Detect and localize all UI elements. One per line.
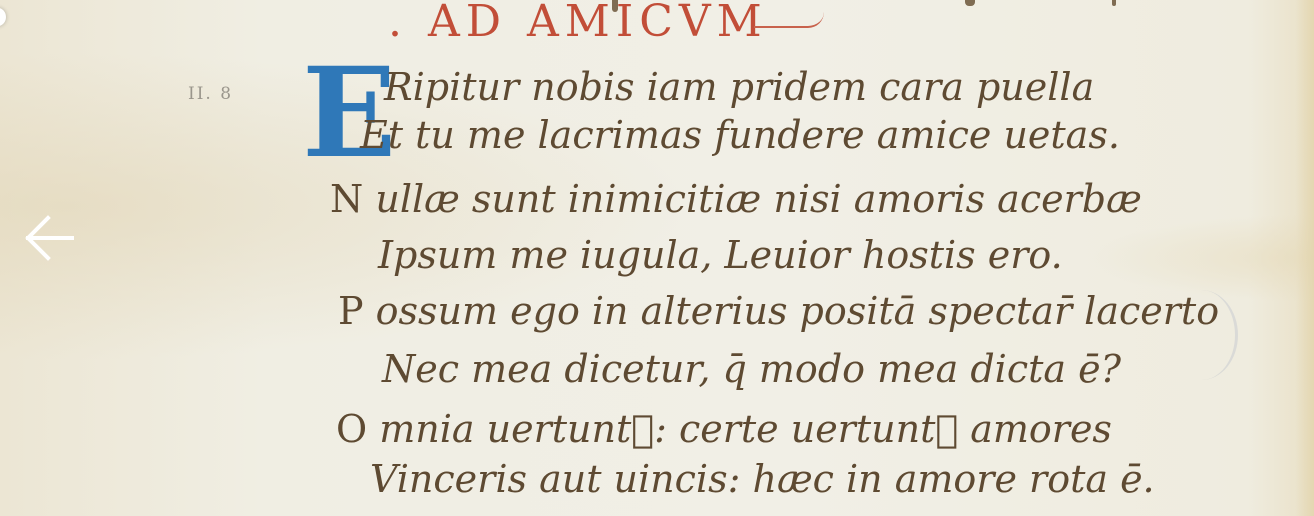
- verse-line-8: Vinceris aut uincis: hæc in amore rota ē…: [370, 460, 1155, 498]
- previous-line-descender: [1112, 0, 1116, 6]
- verse-text: Ripitur nobis iam pridem cara puella: [384, 65, 1094, 109]
- line-initial: P: [338, 292, 364, 330]
- verse-line-7: O mnia uertuntᷓ: certe uertuntᷓ amores: [336, 410, 1112, 448]
- line-initial: O: [336, 410, 367, 448]
- page-gutter-shadow: [1296, 0, 1314, 516]
- arrow-left-icon: [22, 210, 78, 266]
- rubric-heading-text: . AD AMICVM: [388, 0, 768, 47]
- rubric-flourish: [754, 12, 824, 28]
- verse-text: Vinceris aut uincis: hæc in amore rota ē…: [370, 457, 1155, 501]
- rubric-heading: . AD AMICVM: [388, 0, 824, 47]
- line-initial: N: [330, 180, 363, 218]
- verse-text: Et tu me lacrimas fundere amice uetas.: [360, 113, 1120, 157]
- folio-reference: II. 8: [188, 84, 233, 104]
- verse-text: ullæ sunt inimicitiæ nisi amoris acerbæ: [375, 177, 1141, 221]
- verse-text: Ipsum me iugula, Leuior hostis ero.: [378, 233, 1063, 277]
- manuscript-page-image: II. 8 . AD AMICVM E Ripitur nobis iam pr…: [0, 0, 1314, 516]
- verse-line-5: P ossum ego in alterius positā spectar̄ …: [338, 292, 1219, 330]
- previous-page-button[interactable]: [22, 210, 78, 266]
- verse-line-2: Et tu me lacrimas fundere amice uetas.: [360, 116, 1120, 154]
- verse-line-3: N ullæ sunt inimicitiæ nisi amoris acerb…: [330, 180, 1142, 218]
- verse-text: ossum ego in alterius positā spectar̄ la…: [376, 289, 1219, 333]
- verse-line-1: Ripitur nobis iam pridem cara puella: [384, 68, 1094, 106]
- verse-line-6: Nec mea dicetur, q̄ modo mea dicta ē?: [382, 350, 1121, 388]
- verse-text: Nec mea dicetur, q̄ modo mea dicta ē?: [382, 347, 1121, 391]
- verse-line-4: Ipsum me iugula, Leuior hostis ero.: [378, 236, 1063, 274]
- previous-line-descender: [965, 0, 975, 6]
- verse-text: mnia uertuntᷓ: certe uertuntᷓ amores: [379, 407, 1112, 451]
